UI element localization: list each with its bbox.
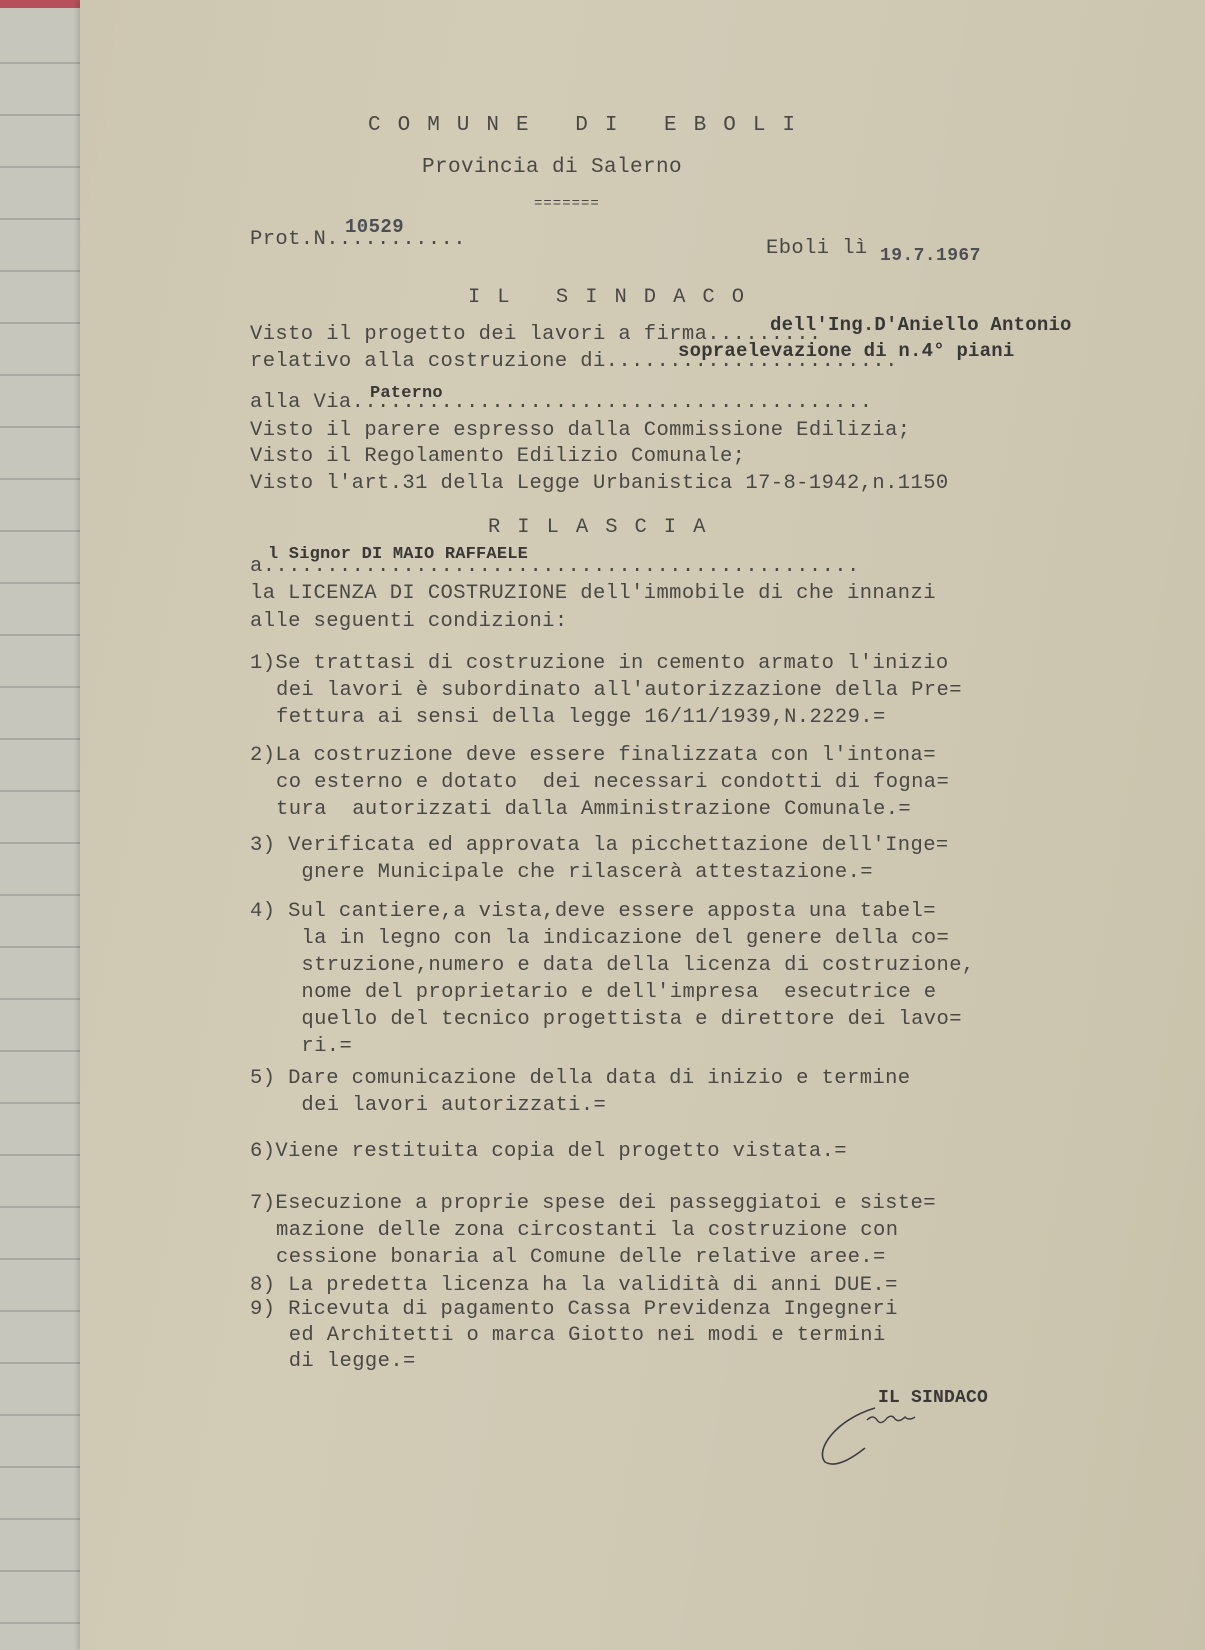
- condition-item-continuation: cessione bonaria al Comune delle relativ…: [276, 1246, 886, 1269]
- condition-item-continuation: co esterno e dotato dei necessari condot…: [276, 771, 949, 794]
- condition-item: 4) Sul cantiere,a vista,deve essere appo…: [250, 900, 936, 923]
- handwritten-signature-icon: [805, 1400, 925, 1470]
- province-heading: Provincia di Salerno: [422, 156, 682, 179]
- condition-item-continuation: la in legno con la indicazione del gener…: [276, 927, 949, 950]
- condition-item: 8) La predetta licenza ha la validità di…: [250, 1274, 898, 1297]
- condition-item-continuation: mazione delle zona circostanti la costru…: [276, 1219, 898, 1242]
- condition-item-continuation: tura autorizzati dalla Amministrazione C…: [276, 798, 911, 821]
- project-signer: dell'Ing.D'Aniello Antonio: [770, 314, 1072, 336]
- condition-item-continuation: di legge.=: [276, 1350, 416, 1373]
- condition-item: 2)La costruzione deve essere finalizzata…: [250, 744, 936, 767]
- condition-item: 9) Ricevuta di pagamento Cassa Previdenz…: [250, 1298, 898, 1321]
- condition-item-continuation: ed Architetti o marca Giotto nei modi e …: [276, 1324, 886, 1347]
- condition-item-continuation: dei lavori autorizzati.=: [276, 1094, 606, 1117]
- condition-item: 6)Viene restituita copia del progetto vi…: [250, 1140, 847, 1163]
- license-text-1: la LICENZA DI COSTRUZIONE dell'immobile …: [250, 582, 936, 605]
- condition-item-continuation: gnere Municipale che rilascerà attestazi…: [276, 861, 873, 884]
- header-divider: =======: [534, 196, 600, 212]
- condition-item: 3) Verificata ed approvata la picchettaz…: [250, 834, 949, 857]
- place-label: Eboli lì: [766, 237, 868, 260]
- action-title: RILASCIA: [488, 516, 722, 539]
- construction-type: sopraelevazione di n.4° piani: [678, 340, 1014, 362]
- condition-item: 5) Dare comunicazione della data di iniz…: [250, 1067, 911, 1090]
- license-text-2: alle seguenti condizioni:: [250, 610, 568, 633]
- condition-item-continuation: struzione,numero e data della licenza di…: [276, 954, 975, 977]
- condition-item: 1)Se trattasi di costruzione in cemento …: [250, 652, 949, 675]
- protocol-number: 10529: [345, 216, 404, 238]
- street-line: alla Via................................…: [250, 391, 872, 414]
- condition-item-continuation: fettura ai sensi della legge 16/11/1939,…: [276, 706, 886, 729]
- document-sheet: COMUNE DI EBOLI Provincia di Salerno ===…: [80, 0, 1205, 1650]
- consideration-3: Visto l'art.31 della Legge Urbanistica 1…: [250, 472, 949, 495]
- condition-item-continuation: quello del tecnico progettista e diretto…: [276, 1008, 962, 1031]
- condition-item-continuation: nome del proprietario e dell'impresa ese…: [276, 981, 937, 1004]
- condition-item: 7)Esecuzione a proprie spese dei passegg…: [250, 1192, 936, 1215]
- condition-item-continuation: ri.=: [276, 1035, 352, 1058]
- street-name: Paterno: [370, 384, 443, 403]
- consideration-1: Visto il parere espresso dalla Commissio…: [250, 419, 911, 442]
- issuer-title: IL SINDACO: [468, 286, 761, 309]
- condition-item-continuation: dei lavori è subordinato all'autorizzazi…: [276, 679, 962, 702]
- municipality-heading: COMUNE DI EBOLI: [368, 114, 812, 137]
- recipient-name: l Signor DI MAIO RAFFAELE: [268, 545, 528, 564]
- underlying-notebook-page: [0, 0, 90, 1650]
- document-date: 19.7.1967: [880, 246, 981, 266]
- protocol-label: Prot.N.: [250, 228, 339, 251]
- consideration-2: Visto il Regolamento Edilizio Comunale;: [250, 445, 745, 468]
